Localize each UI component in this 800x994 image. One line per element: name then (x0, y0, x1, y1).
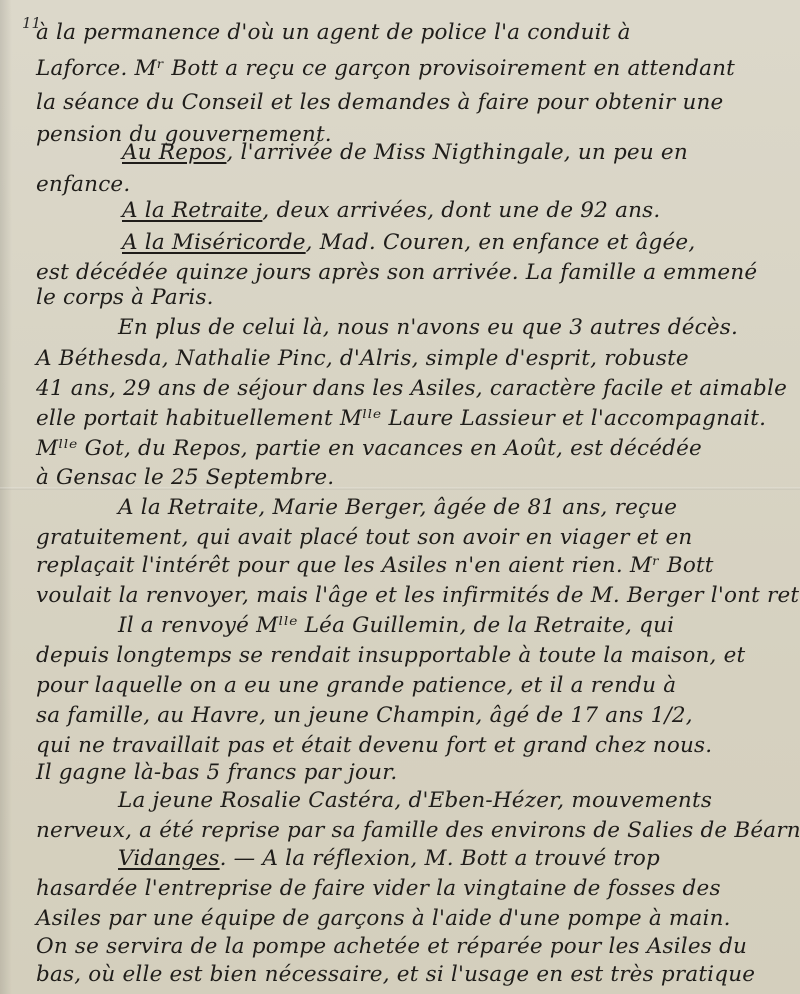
text-line: pour laquelle on a eu une grande patienc… (36, 673, 676, 698)
text-line: gratuitement, qui avait placé tout son a… (36, 525, 692, 550)
text-line: Vidanges. — A la réflexion, M. Bott a tr… (118, 846, 660, 871)
text-line: Au Repos, l'arrivée de Miss Nigthingale,… (122, 140, 688, 165)
line-text: à la permanence d'où un agent de police … (36, 20, 631, 45)
text-line: enfance. (36, 172, 130, 197)
text-line: Mˡˡᵉ Got, du Repos, partie en vacances e… (36, 436, 702, 461)
text-line: Il gagne là-bas 5 francs par jour. (36, 760, 397, 785)
text-line: à Gensac le 25 Septembre. (36, 465, 334, 490)
text-line: la séance du Conseil et les demandes à f… (36, 90, 723, 115)
manuscript-page: 11 à la permanence d'où un agent de poli… (0, 0, 800, 994)
text-line: nerveux, a été reprise par sa famille de… (36, 818, 800, 843)
line-text: La jeune Rosalie Castéra, d'Eben-Hézer, … (118, 788, 712, 813)
line-text: pour laquelle on a eu une grande patienc… (36, 673, 676, 698)
text-line: bas, où elle est bien nécessaire, et si … (36, 962, 755, 987)
section-heading: A la Retraite (122, 198, 262, 223)
line-text: , deux arrivées, dont une de 92 ans. (262, 198, 660, 223)
line-text: , l'arrivée de Miss Nigthingale, un peu … (226, 140, 687, 165)
text-line: 41 ans, 29 ans de séjour dans les Asiles… (36, 376, 787, 401)
text-line: qui ne travaillait pas et était devenu f… (36, 733, 712, 758)
text-line: depuis longtemps se rendait insupportabl… (36, 643, 745, 668)
line-text: nerveux, a été reprise par sa famille de… (36, 818, 800, 843)
line-text: depuis longtemps se rendait insupportabl… (36, 643, 745, 668)
line-text: . — A la réflexion, M. Bott a trouvé tro… (220, 846, 660, 871)
section-heading: A la Miséricorde (122, 230, 306, 255)
text-line: voulait la renvoyer, mais l'âge et les i… (36, 583, 800, 608)
line-text: Il a renvoyé Mˡˡᵉ Léa Guillemin, de la R… (118, 613, 674, 638)
line-text: A Béthesda, Nathalie Pinc, d'Alris, simp… (36, 346, 689, 371)
line-text: la séance du Conseil et les demandes à f… (36, 90, 723, 115)
text-line: A la Miséricorde, Mad. Couren, en enfanc… (122, 230, 695, 255)
section-heading: Vidanges (118, 846, 220, 871)
line-text: sa famille, au Havre, un jeune Champin, … (36, 703, 693, 728)
text-line: Il a renvoyé Mˡˡᵉ Léa Guillemin, de la R… (118, 613, 674, 638)
text-line: A la Retraite, Marie Berger, âgée de 81 … (118, 495, 677, 520)
line-text: qui ne travaillait pas et était devenu f… (36, 733, 712, 758)
line-text: replaçait l'intérêt pour que les Asiles … (36, 553, 714, 578)
text-line: On se servira de la pompe achetée et rép… (36, 934, 747, 959)
text-line: La jeune Rosalie Castéra, d'Eben-Hézer, … (118, 788, 712, 813)
line-text: elle portait habituellement Mˡˡᵉ Laure L… (36, 406, 766, 431)
line-text: enfance. (36, 172, 130, 197)
text-line: elle portait habituellement Mˡˡᵉ Laure L… (36, 406, 766, 431)
line-text: voulait la renvoyer, mais l'âge et les i… (36, 583, 800, 608)
line-text: bas, où elle est bien nécessaire, et si … (36, 962, 755, 987)
line-text: Asiles par une équipe de garçons à l'aid… (36, 906, 731, 931)
section-heading: Au Repos (122, 140, 226, 165)
text-line: Laforce. Mʳ Bott a reçu ce garçon provis… (36, 56, 735, 81)
line-text: Il gagne là-bas 5 francs par jour. (36, 760, 397, 785)
line-text: Laforce. Mʳ Bott a reçu ce garçon provis… (36, 56, 735, 81)
line-text: A la Retraite, Marie Berger, âgée de 81 … (118, 495, 677, 520)
line-text: On se servira de la pompe achetée et rép… (36, 934, 747, 959)
line-text: hasardée l'entreprise de faire vider la … (36, 876, 721, 901)
line-text: Mˡˡᵉ Got, du Repos, partie en vacances e… (36, 436, 702, 461)
text-line: le corps à Paris. (36, 285, 214, 310)
text-line: replaçait l'intérêt pour que les Asiles … (36, 553, 714, 578)
line-text: , Mad. Couren, en enfance et âgée, (306, 230, 696, 255)
text-line: A Béthesda, Nathalie Pinc, d'Alris, simp… (36, 346, 689, 371)
text-line: Asiles par une équipe de garçons à l'aid… (36, 906, 731, 931)
line-text: à Gensac le 25 Septembre. (36, 465, 334, 490)
text-line: à la permanence d'où un agent de police … (36, 20, 631, 45)
text-line: hasardée l'entreprise de faire vider la … (36, 876, 721, 901)
text-line: A la Retraite, deux arrivées, dont une d… (122, 198, 660, 223)
text-line: sa famille, au Havre, un jeune Champin, … (36, 703, 693, 728)
line-text: En plus de celui là, nous n'avons eu que… (118, 315, 738, 340)
line-text: 41 ans, 29 ans de séjour dans les Asiles… (36, 376, 787, 401)
line-text: gratuitement, qui avait placé tout son a… (36, 525, 692, 550)
line-text: est décédée quinze jours après son arriv… (36, 260, 757, 285)
text-line: En plus de celui là, nous n'avons eu que… (118, 315, 738, 340)
line-text: le corps à Paris. (36, 285, 214, 310)
text-line: est décédée quinze jours après son arriv… (36, 260, 757, 285)
